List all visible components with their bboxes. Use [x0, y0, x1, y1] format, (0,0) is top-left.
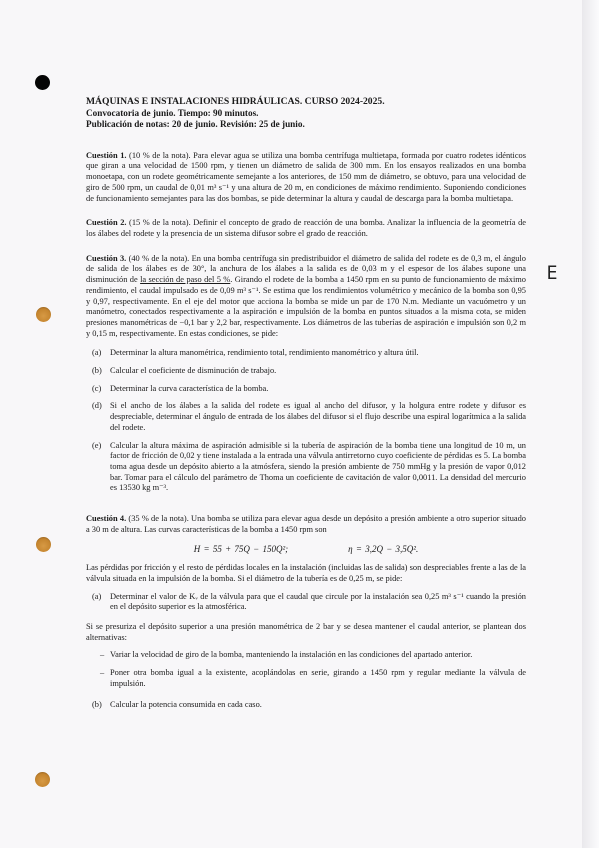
question-3-part-b: (b) Calcular el coeficiente de disminuci… — [86, 366, 526, 377]
question-3-part-e: (e) Calcular la altura máxima de aspirac… — [86, 441, 526, 495]
question-4-part-b: (b) Calcular la potencia consumida en ca… — [86, 700, 526, 711]
question-1-weight: (10 % de la nota). — [129, 151, 191, 160]
part-label: (c) — [92, 384, 101, 395]
alternative-1: – Variar la velocidad de giro de la bomb… — [86, 650, 526, 661]
part-label: (a) — [92, 592, 101, 603]
dash-bullet: – — [100, 668, 104, 679]
exam-session: Convocatoria de junio. Tiempo: 90 minuto… — [86, 108, 526, 120]
question-3-weight: (40 % de la nota). — [129, 254, 190, 263]
part-label: (b) — [92, 366, 102, 377]
part-label: (b) — [92, 700, 102, 711]
head-curve-formula: H = 55 + 75Q − 150Q²; — [194, 544, 288, 554]
question-2-title: Cuestión 2. — [86, 218, 126, 227]
question-3-part-c: (c) Determinar la curva característica d… — [86, 384, 526, 395]
question-3-text-b: . Girando el rodete de la bomba a 1450 r… — [86, 275, 526, 338]
question-3: Cuestión 3. (40 % de la nota). En una bo… — [86, 254, 526, 340]
part-text: Si el ancho de los álabes a la salida de… — [110, 401, 526, 431]
question-2-weight: (15 % de la nota). — [129, 218, 191, 227]
part-text: Determinar el valor de Kᵥ de la válvula … — [110, 592, 526, 612]
punch-hole-top — [35, 75, 50, 90]
part-label: (e) — [92, 441, 101, 452]
question-4: Cuestión 4. (35 % de la nota). Una bomba… — [86, 514, 526, 535]
alternative-text: Poner otra bomba igual a la existente, a… — [110, 668, 526, 688]
question-3-title: Cuestión 3. — [86, 254, 126, 263]
punch-hole-2 — [36, 307, 51, 322]
question-1: Cuestión 1. (10 % de la nota). Para elev… — [86, 151, 526, 205]
part-text: Calcular la altura máxima de aspiración … — [110, 441, 526, 493]
alternative-text: Variar la velocidad de giro de la bomba,… — [110, 650, 472, 659]
question-1-title: Cuestión 1. — [86, 151, 126, 160]
question-3-part-d: (d) Si el ancho de los álabes a la salid… — [86, 401, 526, 433]
part-text: Determinar la curva característica de la… — [110, 384, 268, 393]
dash-bullet: – — [100, 650, 104, 661]
question-3-underlined-text: la sección de paso del 5 % — [140, 275, 230, 284]
exam-content: MÁQUINAS E INSTALACIONES HIDRÁULICAS. CU… — [86, 96, 526, 710]
part-label: (d) — [92, 401, 102, 412]
page-edge-shadow — [582, 0, 599, 848]
question-4-part-a: (a) Determinar el valor de Kᵥ de la válv… — [86, 592, 526, 613]
part-text: Determinar la altura manométrica, rendim… — [110, 348, 419, 357]
alternative-2: – Poner otra bomba igual a la existente,… — [86, 668, 526, 689]
question-4-text-3: Si se presuriza el depósito superior a u… — [86, 622, 526, 643]
course-title: MÁQUINAS E INSTALACIONES HIDRÁULICAS. CU… — [86, 96, 526, 108]
question-4-weight: (35 % de la nota). — [128, 514, 188, 523]
question-3-part-a: (a) Determinar la altura manométrica, re… — [86, 348, 526, 359]
efficiency-curve-formula: η = 3,2Q − 3,5Q². — [348, 544, 418, 554]
part-text: Calcular la potencia consumida en cada c… — [110, 700, 262, 709]
part-text: Calcular el coeficiente de disminución d… — [110, 366, 276, 375]
question-2: Cuestión 2. (15 % de la nota). Definir e… — [86, 218, 526, 239]
pump-curves-formula: H = 55 + 75Q − 150Q²;η = 3,2Q − 3,5Q². — [86, 544, 526, 555]
publication-dates: Publicación de notas: 20 de junio. Revis… — [86, 119, 526, 131]
punch-hole-3 — [36, 537, 51, 552]
question-4-title: Cuestión 4. — [86, 514, 126, 523]
question-4-text-2: Las pérdidas por fricción y el resto de … — [86, 563, 526, 584]
exam-header: MÁQUINAS E INSTALACIONES HIDRÁULICAS. CU… — [86, 96, 526, 131]
handwritten-mark: E — [547, 262, 558, 284]
punch-hole-4 — [35, 772, 50, 787]
part-label: (a) — [92, 348, 101, 359]
